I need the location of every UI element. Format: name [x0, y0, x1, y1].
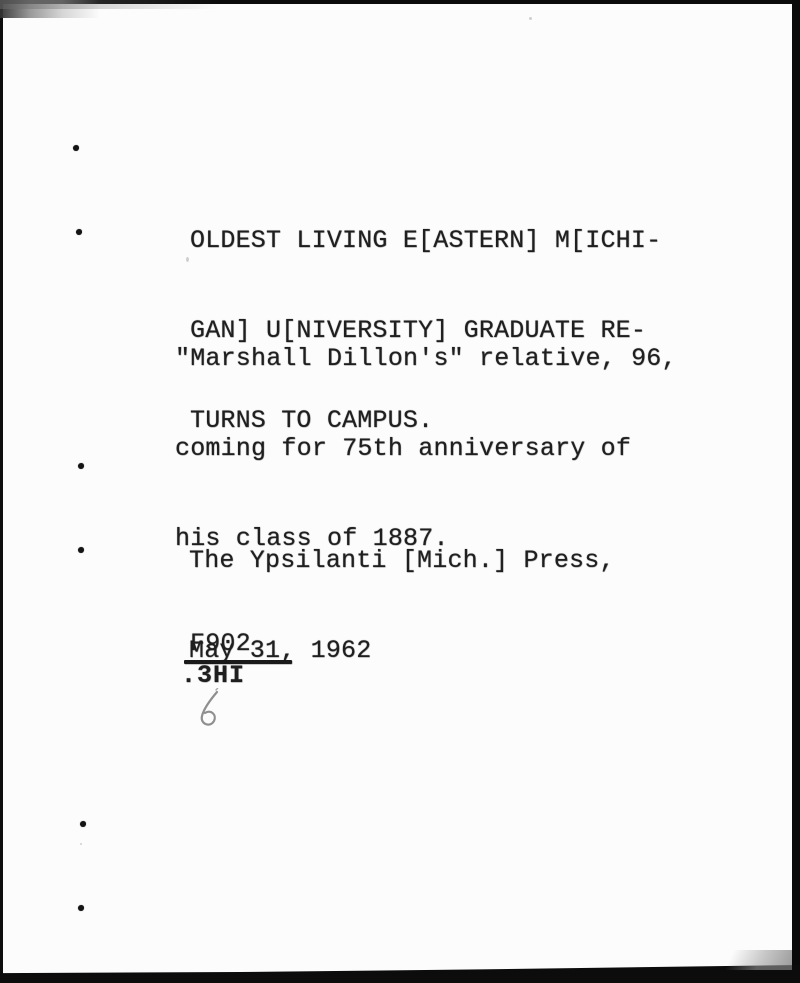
ink-speck [80, 843, 82, 845]
margin-ink-dot [76, 229, 82, 235]
scanned-document-page: OLDEST LIVING E[ASTERN] M[ICHI- GAN] U[N… [0, 0, 800, 983]
summary-line-1: "Marshall Dillon's" relative, 96, [175, 344, 677, 374]
call-number-cutter: .3HI [181, 663, 245, 689]
margin-ink-dot [78, 463, 84, 469]
margin-ink-dot [78, 547, 84, 553]
margin-ink-dot [78, 905, 84, 911]
scan-edge-bottom [0, 961, 800, 983]
margin-ink-dot [73, 145, 79, 151]
source-citation: The Ypsilanti [Mich.] Press, May 31, 196… [189, 486, 615, 726]
source-line-1: The Ypsilanti [Mich.] Press, [189, 546, 615, 576]
handwritten-numeral-6 [196, 688, 224, 730]
ink-speck [186, 257, 189, 262]
scan-streak-top-left [0, 0, 230, 9]
summary-line-2: coming for 75th anniversary of [175, 434, 677, 464]
margin-ink-dot [80, 821, 86, 827]
ink-speck [529, 17, 532, 20]
scan-edge-left [0, 0, 3, 983]
headline-line-1: OLDEST LIVING E[ASTERN] M[ICHI- [190, 226, 661, 256]
call-number-class: F902 [190, 631, 251, 657]
scan-noise-bottom-right [697, 950, 792, 970]
scan-edge-right [792, 0, 800, 983]
